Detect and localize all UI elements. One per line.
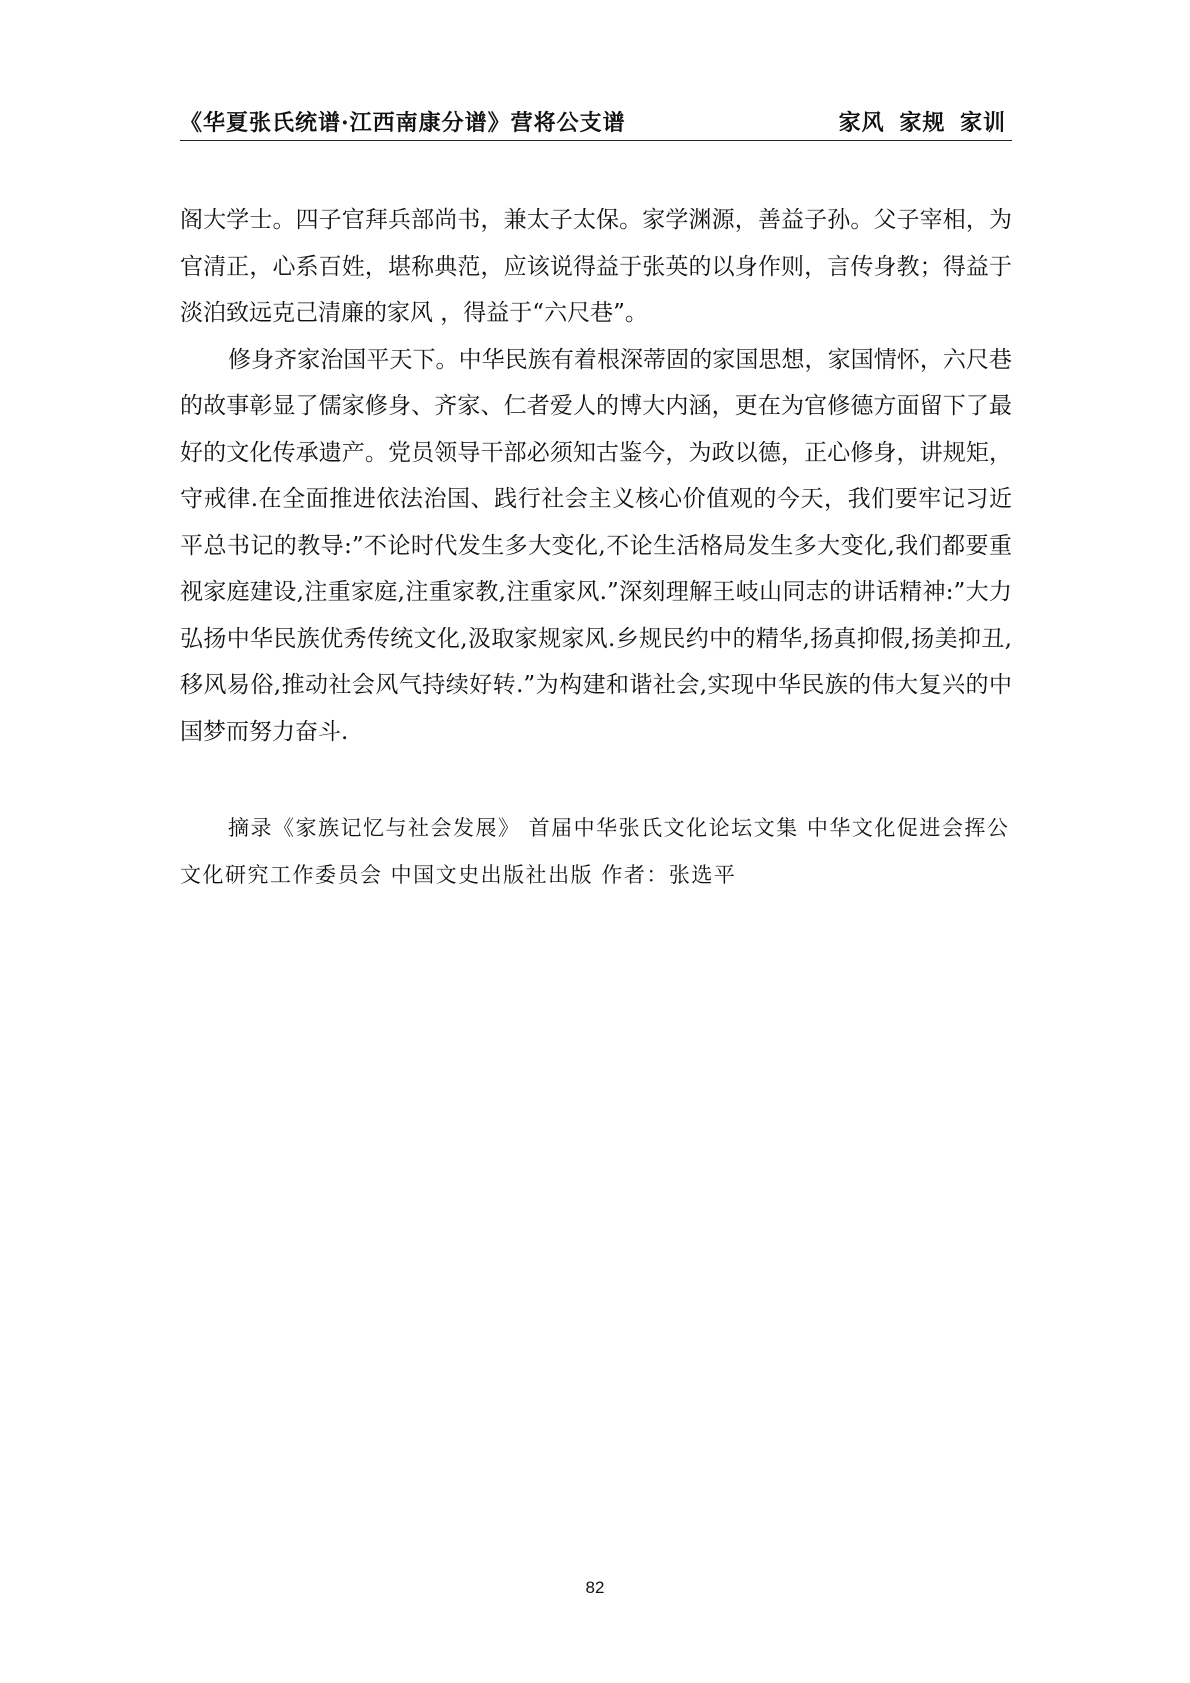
- paragraph: 修身齐家治国平天下。中华民族有着根深蒂固的家国思想，家国情怀，六尺巷的故事彰显了…: [180, 337, 1012, 756]
- book-title: 《华夏张氏统谱·江西南康分谱》营将公支谱: [180, 106, 626, 137]
- section-title: 家风 家规 家训: [839, 106, 1006, 137]
- body-text: 阁大学士。四子官拜兵部尚书，兼太子太保。家学渊源，善益子孙。父子宰相，为官清正，…: [180, 197, 1012, 755]
- paragraph-continued: 阁大学士。四子官拜兵部尚书，兼太子太保。家学渊源，善益子孙。父子宰相，为官清正，…: [180, 197, 1012, 337]
- source-citation: 摘录《家族记忆与社会发展》 首届中华张氏文化论坛文集 中华文化促进会挥公文化研究…: [180, 805, 1012, 898]
- page-number: 82: [0, 1578, 1190, 1598]
- citation-text: 摘录《家族记忆与社会发展》 首届中华张氏文化论坛文集 中华文化促进会挥公文化研究…: [180, 805, 1012, 898]
- page-header: 《华夏张氏统谱·江西南康分谱》营将公支谱 家风 家规 家训: [180, 110, 1012, 141]
